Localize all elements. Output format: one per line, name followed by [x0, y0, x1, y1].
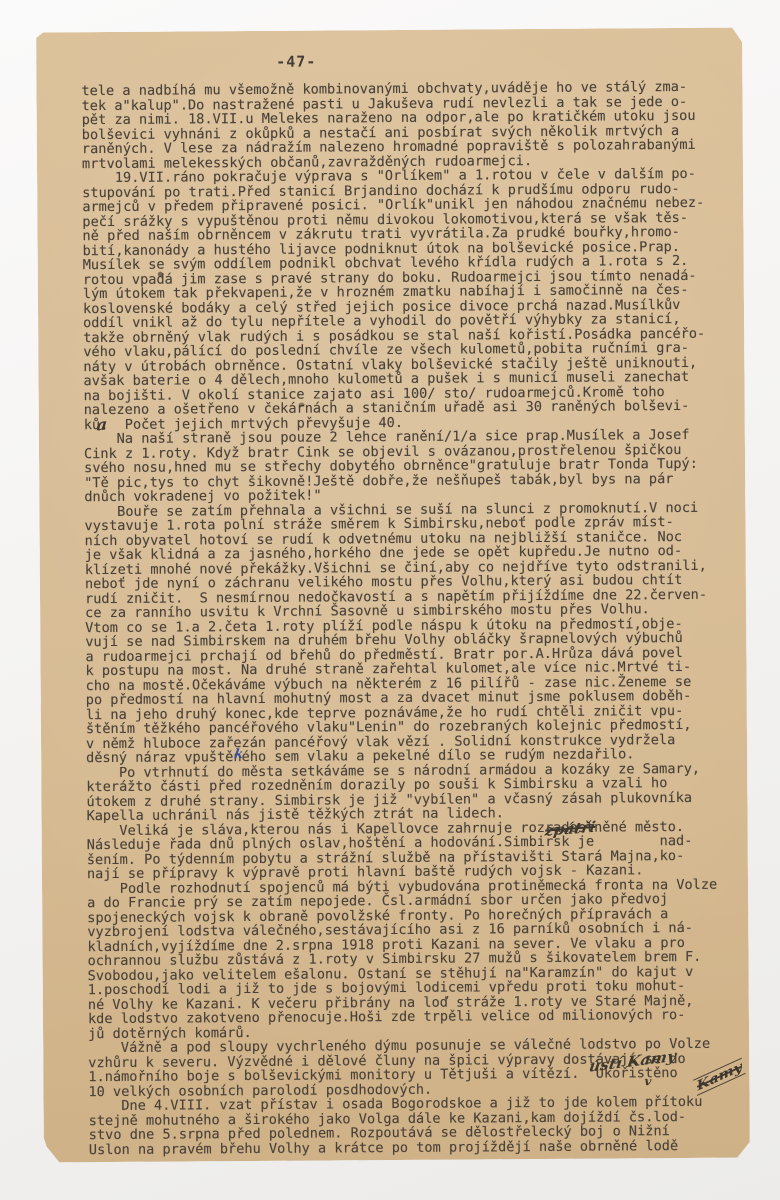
typewritten-line: Uslon na pravém břehu Volhy a krátce po …: [89, 1138, 732, 1157]
page-number: -47-: [36, 51, 556, 73]
photo-background: -47- tele a nadbíhá mu všemožně kombinov…: [0, 0, 780, 1200]
document-paper: -47- tele a nadbíhá mu všemožně kombinov…: [36, 28, 750, 1163]
handwritten-pencil-mark: a: [96, 414, 108, 434]
typewritten-text: tele a nadbíhá mu všemožně kombinovanými…: [81, 80, 731, 1157]
handwritten-insert-caret: v: [644, 1074, 652, 1088]
